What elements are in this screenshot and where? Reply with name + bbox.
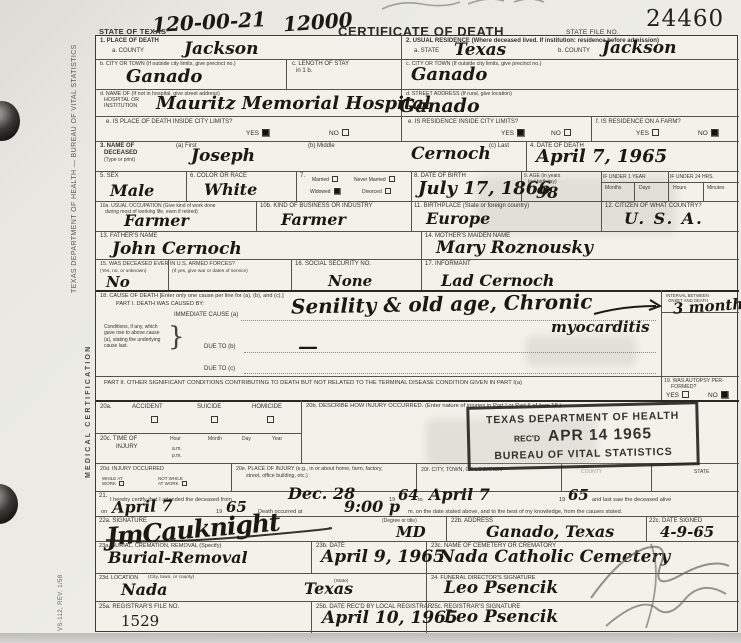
age-value: 98 xyxy=(536,185,558,201)
grid-line xyxy=(311,601,312,633)
residence-state-label: a. STATE xyxy=(414,48,439,55)
from-year-value: 64 xyxy=(398,488,419,503)
grid-line xyxy=(256,201,257,231)
middle-name-label: (b) Middle xyxy=(308,143,335,150)
days-label: Days xyxy=(639,185,650,191)
stamp-line3: BUREAU OF VITAL STATISTICS xyxy=(494,446,672,462)
place-of-injury-label2: street, office building, etc.) xyxy=(246,473,308,479)
year-label: Year xyxy=(272,436,282,442)
grid-line xyxy=(96,201,739,202)
pencil-scribble-top xyxy=(380,0,550,14)
farm-no: NO xyxy=(698,129,718,137)
informant-label: 17. INFORMANT xyxy=(425,261,471,268)
am-label: a.m. xyxy=(172,446,182,452)
time-of-injury-label: 20c. TIME OF xyxy=(100,436,137,443)
grid-line xyxy=(96,59,739,60)
grid-line xyxy=(401,36,402,141)
marital-divorced: Divorced xyxy=(362,188,391,195)
checkbox-never-married xyxy=(389,176,395,182)
interval-value: 3 months xyxy=(673,296,741,316)
accident-label: ACCIDENT xyxy=(132,404,163,411)
binder-hole-bottom xyxy=(0,484,18,524)
registrar-file-no-value: 1529 xyxy=(121,612,159,630)
no-label: NO xyxy=(329,130,339,137)
minutes-label: Minutes xyxy=(707,185,725,191)
registrar-code-handwritten: 120-00-21 xyxy=(152,9,267,35)
county-label: a. COUNTY xyxy=(112,48,144,55)
grid-line xyxy=(411,171,412,231)
yes-label: YES xyxy=(501,130,514,137)
immediate-cause-label: IMMEDIATE CAUSE (a) xyxy=(174,312,238,319)
grid-line xyxy=(601,171,602,201)
margin-medical-certification-text: MEDICAL CERTIFICATION xyxy=(85,345,92,478)
registrar-signature-value: Leo Psencik xyxy=(444,609,558,626)
informant-value: Lad Cernoch xyxy=(441,273,554,289)
pencil-flourish-signatures xyxy=(551,536,741,633)
grid-line xyxy=(601,182,739,183)
birthplace-value: Europe xyxy=(426,211,490,227)
place-city-limits-no: NO xyxy=(329,129,349,137)
registrar-file-no-label: 25a. REGISTRAR'S FILE NO. xyxy=(99,604,179,611)
hospital-label3: INSTITUTION xyxy=(104,103,137,109)
certify-text-2: and last saw the deceased alive xyxy=(592,497,671,504)
burial-city-value: Nada xyxy=(121,582,168,598)
hour-label: Hour xyxy=(170,436,181,442)
never-married-label: Never Married xyxy=(354,177,386,183)
received-stamp: TEXAS DEPARTMENT OF HEALTH REC'D APR 14 … xyxy=(466,401,699,471)
certify-text-4: m. on the date stated above, and to the … xyxy=(408,509,622,516)
cause-a-value: Senility & old age, Chronic xyxy=(291,291,593,316)
checkbox-not-while-at-work xyxy=(182,481,187,486)
no-label: NO xyxy=(708,392,718,399)
checkbox-autopsy-no xyxy=(721,391,728,398)
father-name-value: John Cernoch xyxy=(112,241,242,258)
place-of-injury-label: 20e. PLACE OF INJURY (e.g., in or about … xyxy=(236,466,383,472)
autopsy-no: NO xyxy=(708,391,728,399)
grid-line xyxy=(96,171,739,172)
grid-line xyxy=(311,541,312,573)
not-while-at-work-label: NOT WHILEAT WORK xyxy=(158,476,187,487)
place-city-limits-yes: YES xyxy=(246,129,269,137)
yes-label: YES xyxy=(246,130,259,137)
residence-county-value: Jackson xyxy=(602,40,676,57)
scan-bottom-edge xyxy=(0,633,741,643)
grid-line xyxy=(96,89,739,90)
cause-a2-value: myocarditis xyxy=(551,320,650,335)
armed-forces-sub2: (If yes, give war or dates of service) xyxy=(172,269,248,275)
injury-occurred-label: 20d. INJURY OCCURRED xyxy=(100,466,164,472)
grid-line xyxy=(526,141,527,171)
length-of-stay-label2: in 1 b. xyxy=(296,68,312,75)
pm-label: p.m. xyxy=(172,453,182,459)
grid-line xyxy=(703,182,704,201)
state-file-number: 24460 xyxy=(646,6,724,32)
residence-inside-city-limits-label: e. IS RESIDENCE INSIDE CITY LIMITS? xyxy=(408,119,518,126)
place-inside-city-limits-label: e. IS PLACE OF DEATH INSIDE CITY LIMITS? xyxy=(106,119,232,126)
grid-line xyxy=(446,516,447,541)
checkbox-place-city-no xyxy=(342,129,349,136)
not-while-label: NOT WHILE xyxy=(158,476,183,481)
if-under-1-year-label: IF UNDER 1 YEAR xyxy=(603,174,646,180)
sex-label: 5. SEX xyxy=(100,173,119,180)
grid-line xyxy=(591,116,592,141)
injury-20a-label: 20a. xyxy=(100,404,112,411)
residence-on-farm-label: f. IS RESIDENCE ON A FARM? xyxy=(596,119,681,126)
hours-label: Hours xyxy=(673,185,686,191)
grid-line xyxy=(96,376,739,377)
checkbox-widowed xyxy=(334,188,340,194)
injury-county-label: COUNTY xyxy=(581,469,602,475)
residence-city-limits-yes: YES xyxy=(501,129,524,137)
grid-line xyxy=(296,171,297,201)
grid-line xyxy=(96,141,739,142)
marital-never-married: Never Married xyxy=(354,176,395,183)
month-label: Month xyxy=(208,436,222,442)
grid-line xyxy=(96,433,301,434)
burial-value: Burial-Removal xyxy=(108,550,248,566)
checkbox-res-city-yes xyxy=(517,129,524,136)
item-21-number: 21. xyxy=(99,493,107,500)
degree-value: MD xyxy=(396,525,426,540)
time-of-death-value: 9:00 p xyxy=(344,499,400,515)
conditions-note: Conditions, if any, which gave rise to a… xyxy=(104,324,166,349)
marital-widowed: Widowed xyxy=(310,188,340,195)
binder-hole-top xyxy=(0,101,20,141)
street-address-value: Ganado xyxy=(399,97,480,116)
injury-state-label: STATE xyxy=(694,469,709,475)
county-value: Jackson xyxy=(184,41,258,58)
ssn-value: None xyxy=(328,274,372,289)
armed-forces-value: No xyxy=(106,275,130,290)
grid-line xyxy=(286,59,287,89)
checkbox-while-at-work xyxy=(119,481,124,486)
grid-line xyxy=(96,231,739,232)
citizen-value: U. S. A. xyxy=(624,211,704,227)
type-or-print-label: (Type or print) xyxy=(104,157,135,163)
while-at-label: WHILE AT xyxy=(102,476,123,481)
time-of-injury-label2: INJURY xyxy=(116,444,138,451)
divorced-label: Divorced xyxy=(362,189,382,195)
marital-status-label: 7. xyxy=(300,173,305,180)
day-label: Day xyxy=(242,436,251,442)
while-at-work-label: WHILE ATWORK xyxy=(102,476,124,487)
no-label: NO xyxy=(698,130,708,137)
date-of-death-value: April 7, 1965 xyxy=(536,148,667,166)
work-label: WORK xyxy=(102,481,116,486)
conditions-brace: } xyxy=(168,322,185,352)
checkbox-divorced xyxy=(385,188,391,194)
death-certificate-scan: TEXAS DEPARTMENT OF HEALTH — BUREAU OF V… xyxy=(0,0,741,643)
grid-line xyxy=(291,259,292,290)
suicide-label: SUICIDE xyxy=(197,404,221,411)
autopsy-yes: YES xyxy=(666,391,689,399)
grid-line xyxy=(668,171,669,201)
city-or-town-value: Ganado xyxy=(126,68,202,86)
checkbox-autopsy-yes xyxy=(682,391,689,398)
residence-city-limits-no: NO xyxy=(551,129,571,137)
first-name-value: Joseph xyxy=(191,148,255,165)
last-name-value: Cernoch xyxy=(411,146,491,163)
grid-line xyxy=(301,400,302,463)
industry-value: Farmer xyxy=(281,212,346,228)
bleed-smudge xyxy=(526,336,636,366)
stamp-line1: TEXAS DEPARTMENT OF HEALTH xyxy=(486,410,679,427)
checkbox-married xyxy=(332,176,338,182)
armed-forces-label: 15. WAS DECEASED EVER IN U.S. ARMED FORC… xyxy=(100,261,235,267)
stamp-recd: REC'D xyxy=(514,433,540,444)
checkbox-homicide xyxy=(267,416,274,423)
dotted-line xyxy=(244,373,656,374)
residence-county-label: b. COUNTY xyxy=(558,48,590,55)
stamp-line2: REC'D APR 14 1965 xyxy=(514,425,653,446)
cause-arrow-stroke xyxy=(594,294,680,320)
color-race-value: White xyxy=(204,182,257,198)
certificate-form: 1. PLACE OF DEATH a. COUNTY Jackson 2. U… xyxy=(95,35,738,632)
year19-b: 19 xyxy=(559,497,565,504)
farm-yes: YES xyxy=(636,129,659,137)
married-label: Married xyxy=(312,177,329,183)
grid-line xyxy=(601,201,602,231)
to-year-value: 65 xyxy=(568,488,589,503)
autopsy-label2: FORMED? xyxy=(671,384,696,390)
at-work-label: AT WORK xyxy=(158,481,179,486)
grid-line xyxy=(421,259,422,290)
grid-line xyxy=(186,171,187,201)
part2-label: PART II. OTHER SIGNIFICANT CONDITIONS CO… xyxy=(104,380,649,387)
part1-label: PART I. DEATH WAS CAUSED BY: xyxy=(116,301,204,308)
grid-line xyxy=(231,463,232,491)
stamp-date: APR 14 1965 xyxy=(548,425,652,446)
no-label: NO xyxy=(551,130,561,137)
checkbox-farm-yes xyxy=(652,129,659,136)
hospital-value: Mauritz Memorial Hospital xyxy=(156,95,431,113)
funeral-director-signature: Leo Psencik xyxy=(444,580,558,597)
occupation-value: Farmer xyxy=(124,213,189,229)
place-of-death-section-label: 1. PLACE OF DEATH xyxy=(100,38,159,45)
residence-state-value: Texas xyxy=(454,42,506,59)
homicide-label: HOMICIDE xyxy=(252,404,282,411)
checkbox-suicide xyxy=(211,416,218,423)
checkbox-farm-no xyxy=(711,129,718,136)
to-word: to xyxy=(418,497,423,504)
ink-flourish-physician xyxy=(104,514,334,544)
sex-value: Male xyxy=(110,183,154,199)
cause-of-death-label: 18. CAUSE OF DEATH [Enter only one cause… xyxy=(100,293,284,300)
months-label: Months xyxy=(605,185,621,191)
checkbox-accident xyxy=(151,416,158,423)
widowed-label: Widowed xyxy=(310,189,331,195)
checkbox-res-city-no xyxy=(564,129,571,136)
burial-state-value: Texas xyxy=(304,581,353,597)
yes-label: YES xyxy=(636,130,649,137)
last-name-label: (c) Last xyxy=(489,143,509,150)
checkbox-place-city-yes xyxy=(262,129,269,136)
marital-married: Married xyxy=(312,176,338,183)
ssn-label: 16. SOCIAL SECURITY NO. xyxy=(295,261,371,268)
due-to-b-value: — xyxy=(298,336,318,356)
if-under-24-hrs-label: IF UNDER 24 HRS. xyxy=(670,174,714,180)
yes-label: YES xyxy=(666,392,679,399)
due-to-b-label: DUE TO (b) xyxy=(204,344,235,351)
margin-form-number: VS-112, REV. 1/58 xyxy=(58,575,64,632)
residence-city-value: Ganado xyxy=(411,66,487,84)
attended-to-value: April 7 xyxy=(429,487,490,503)
mother-name-value: Mary Roznousky xyxy=(436,240,593,257)
grid-line xyxy=(634,182,635,201)
burial-date-value: April 9, 1965 xyxy=(321,549,445,566)
grid-line xyxy=(421,231,422,259)
date-received-value: April 10, 1965 xyxy=(322,610,458,627)
due-to-c-label: DUE TO (c) xyxy=(204,366,235,373)
grid-line xyxy=(96,259,739,260)
margin-agency-text: TEXAS DEPARTMENT OF HEALTH — BUREAU OF V… xyxy=(71,44,78,293)
grid-line xyxy=(651,463,652,491)
